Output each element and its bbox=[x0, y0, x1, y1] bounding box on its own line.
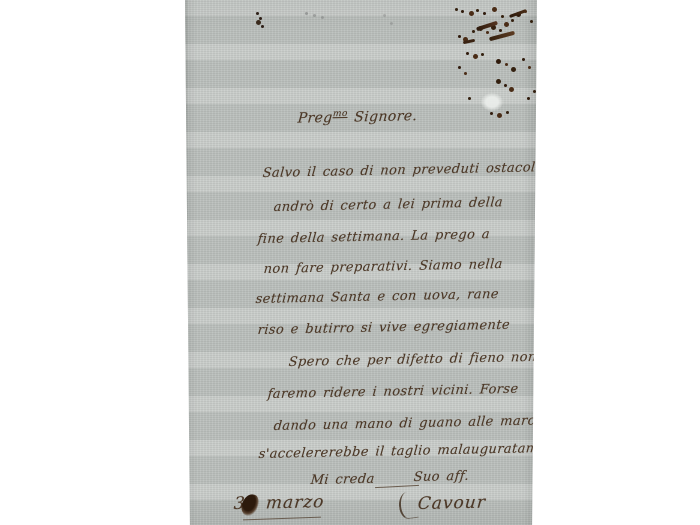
signature: Cavour bbox=[417, 493, 487, 514]
salutation-text: Preg bbox=[297, 110, 333, 127]
body-line-8: faremo ridere i nostri vicini. Forse bbox=[267, 382, 519, 402]
salutation-superscript: mo bbox=[333, 109, 349, 119]
letter-paper: Pregmo Signore. Salvo il caso di non pre… bbox=[185, 0, 537, 525]
body-line-6: riso e butirro si vive egregiamente bbox=[257, 318, 511, 338]
body-line-2: andrò di certo a lei prima della bbox=[273, 195, 504, 215]
paper-flaw-spot bbox=[481, 93, 503, 111]
body-line-1: Salvo il caso di non preveduti ostacoli bbox=[262, 160, 541, 181]
ink-stains-top-right bbox=[455, 8, 458, 11]
body-line-5: settimana Santa e con uova, rane bbox=[255, 287, 499, 307]
ink-streak bbox=[489, 31, 515, 42]
ink-speckles-top-left bbox=[256, 12, 259, 15]
ink-streak bbox=[509, 9, 527, 18]
body-line-9: dando una mano di guano alle marcite bbox=[273, 413, 554, 434]
signature-flourish bbox=[397, 491, 419, 520]
body-line-3: fine della settimana. La prego a bbox=[257, 227, 491, 247]
body-line-10: s'accelererebbe il taglio malauguratamen… bbox=[258, 440, 570, 462]
valediction: Suo aff. bbox=[413, 469, 470, 485]
ink-streak bbox=[476, 21, 498, 32]
faint-marks-top bbox=[305, 12, 308, 15]
body-line-7: Spero che per difetto di fieno non bbox=[288, 350, 537, 370]
closing-flourish-line bbox=[375, 485, 419, 488]
date-underline bbox=[243, 517, 321, 521]
salutation: Pregmo Signore. bbox=[297, 107, 418, 126]
scanned-letter-image: Pregmo Signore. Salvo il caso di non pre… bbox=[0, 0, 700, 525]
salutation-tail: Signore. bbox=[347, 108, 418, 125]
body-line-4: non fare preparativi. Siamo nella bbox=[263, 257, 503, 277]
ink-streak bbox=[463, 39, 475, 44]
closing-phrase: Mi creda bbox=[310, 472, 375, 488]
